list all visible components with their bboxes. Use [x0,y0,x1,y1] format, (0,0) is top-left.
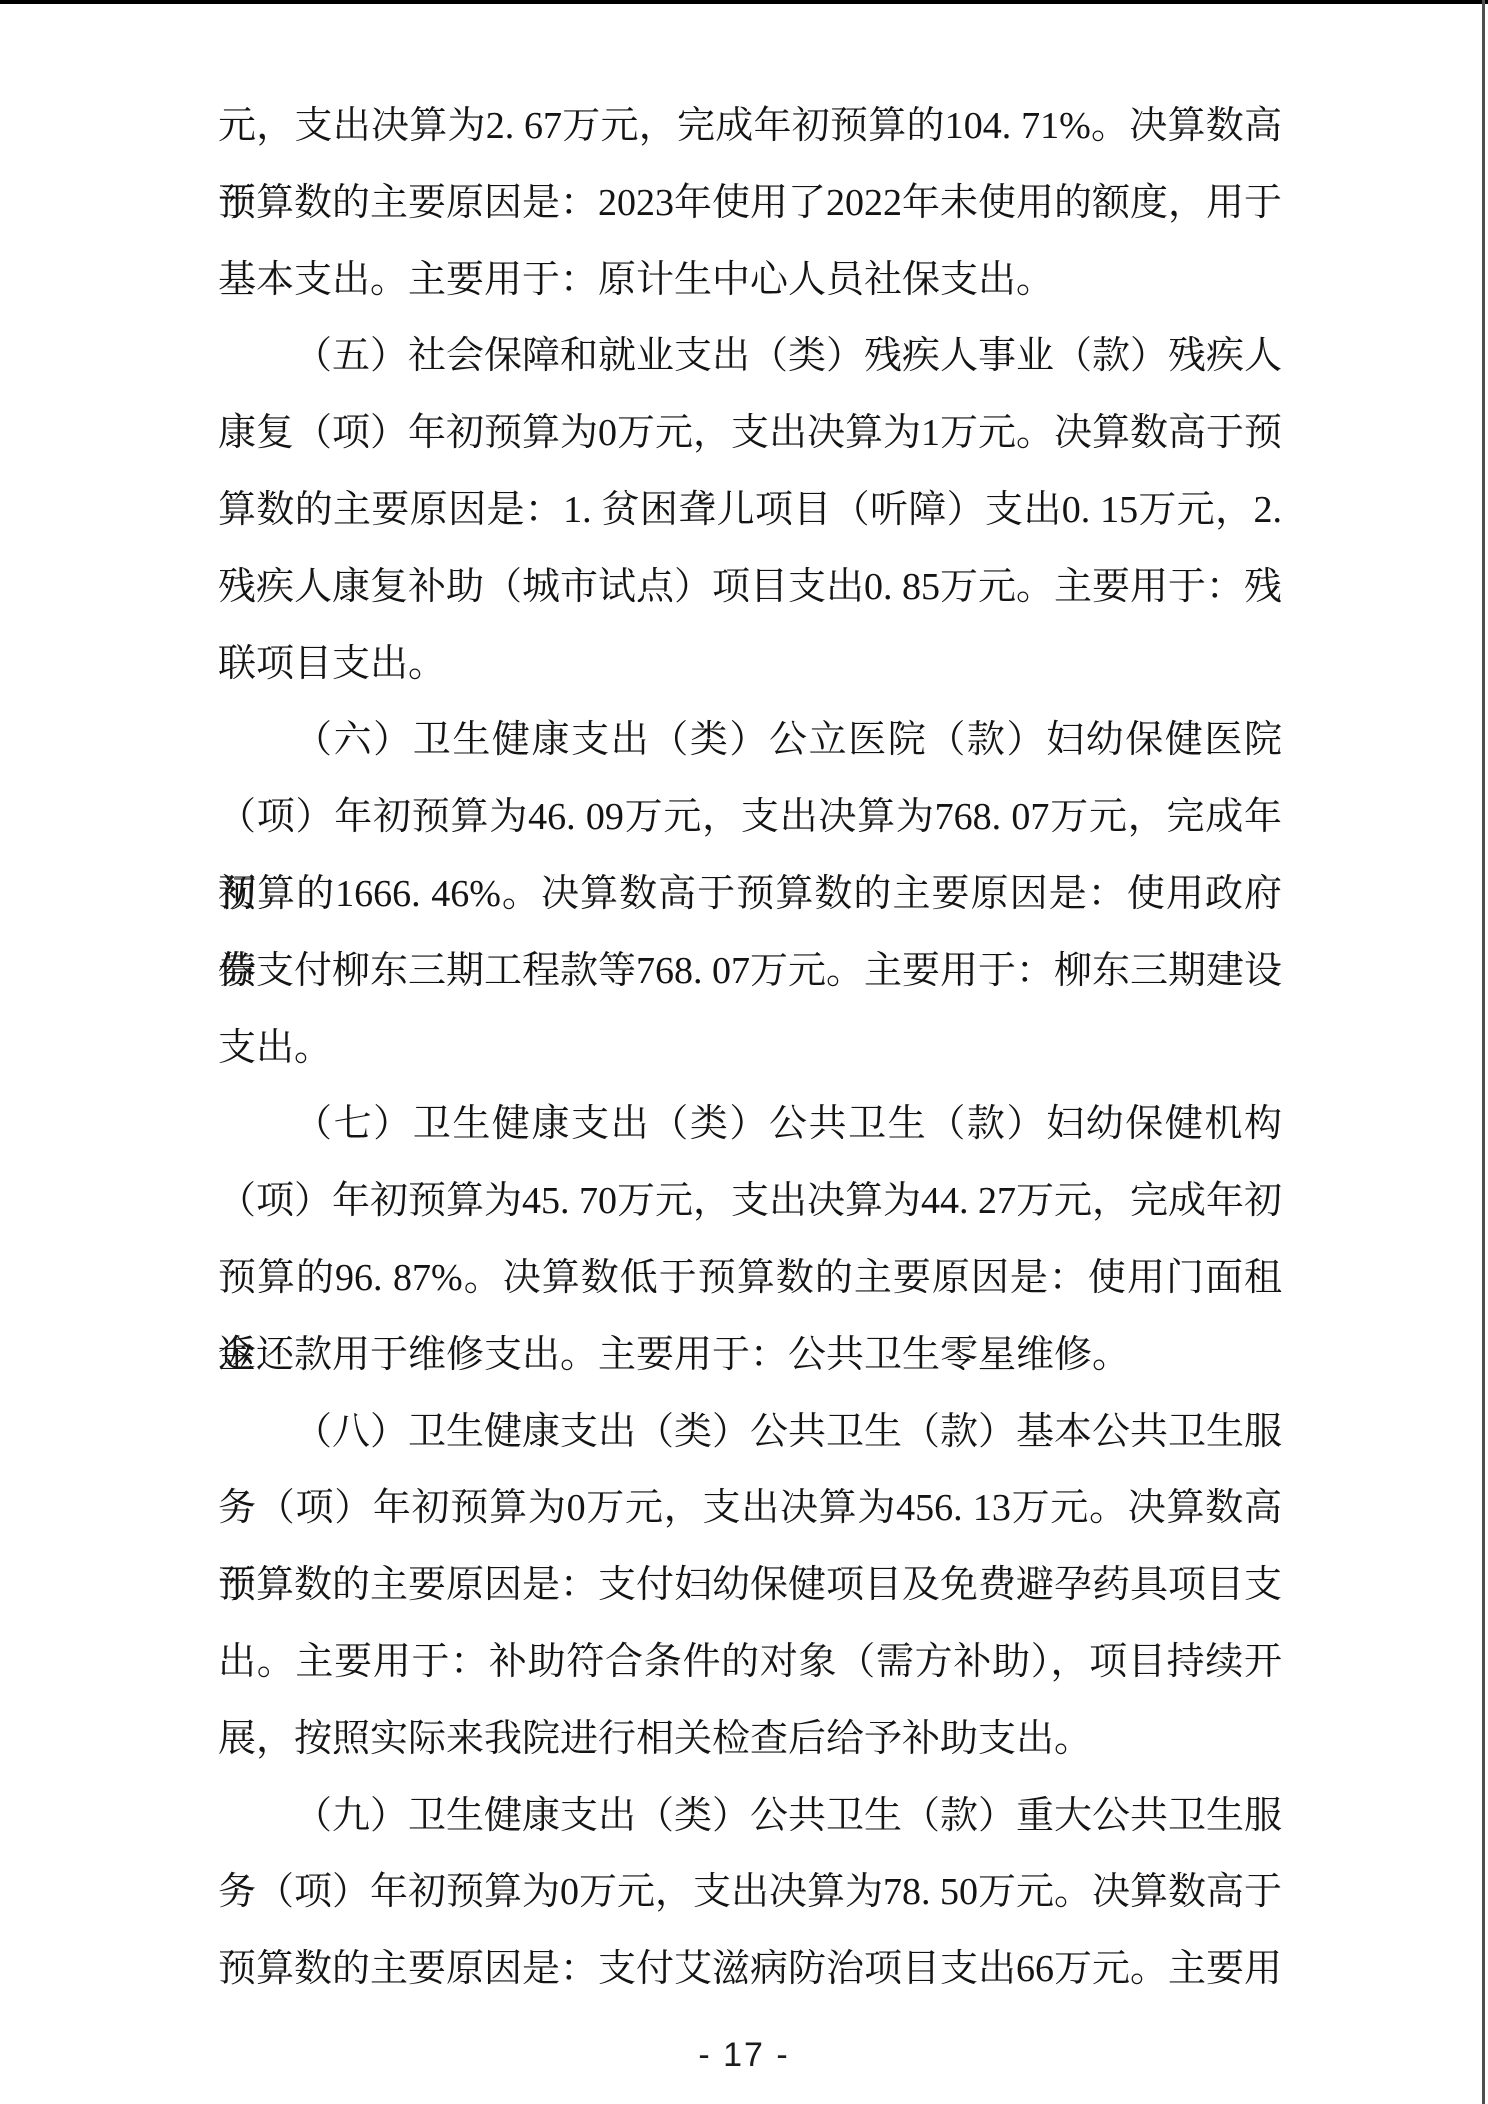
text-line: 预算数的主要原因是：支付妇幼保健项目及免费避孕药具项目支 [218,1547,1282,1624]
text-line: （八）卫生健康支出（类）公共卫生（款）基本公共卫生服 [218,1394,1282,1471]
paragraph: （六）卫生健康支出（类）公立医院（款）妇幼保健医院（项）年初预算为46. 09万… [218,702,1282,1086]
text-line: （五）社会保障和就业支出（类）残疾人事业（款）残疾人 [218,318,1282,395]
text-line: 康复（项）年初预算为0万元，支出决算为1万元。决算数高于预 [218,395,1282,472]
text-line: 预算数的主要原因是：支付艾滋病防治项目支出66万元。主要用 [218,1931,1282,2008]
text-line: （六）卫生健康支出（类）公立医院（款）妇幼保健医院 [218,702,1282,779]
text-line: 残疾人康复补助（城市试点）项目支出0. 85万元。主要用于：残 [218,549,1282,626]
text-line: 券支付柳东三期工程款等768. 07万元。主要用于：柳东三期建设 [218,933,1282,1010]
text-line: 支出。 [218,1010,1282,1087]
text-line: （项）年初预算为45. 70万元，支出决算为44. 27万元，完成年初 [218,1163,1282,1240]
text-line: 元，支出决算为2. 67万元，完成年初预算的104. 71%。决算数高于 [218,88,1282,165]
page-number: - 17 - [0,2036,1488,2075]
right-scan-edge-line [1482,0,1485,2104]
text-line: 返还款用于维修支出。主要用于：公共卫生零星维修。 [218,1317,1282,1394]
text-line: 出。主要用于：补助符合条件的对象（需方补助），项目持续开 [218,1624,1282,1701]
text-line: 预算数的主要原因是：2023年使用了2022年未使用的额度，用于 [218,165,1282,242]
document-body: 元，支出决算为2. 67万元，完成年初预算的104. 71%。决算数高于预算数的… [218,88,1282,2008]
text-line: 务（项）年初预算为0万元，支出决算为456. 13万元。决算数高于 [218,1470,1282,1547]
text-line: （项）年初预算为46. 09万元，支出决算为768. 07万元，完成年初 [218,779,1282,856]
text-line: （九）卫生健康支出（类）公共卫生（款）重大公共卫生服 [218,1778,1282,1855]
text-line: 预算的96. 87%。决算数低于预算数的主要原因是：使用门面租金 [218,1240,1282,1317]
text-line: 联项目支出。 [218,626,1282,703]
document-page: 元，支出决算为2. 67万元，完成年初预算的104. 71%。决算数高于预算数的… [0,0,1488,2104]
paragraph: （九）卫生健康支出（类）公共卫生（款）重大公共卫生服务（项）年初预算为0万元，支… [218,1778,1282,2008]
paragraph: （七）卫生健康支出（类）公共卫生（款）妇幼保健机构（项）年初预算为45. 70万… [218,1086,1282,1393]
text-line: 基本支出。主要用于：原计生中心人员社保支出。 [218,242,1282,319]
top-scan-bar [0,0,1488,4]
text-line: 预算的1666. 46%。决算数高于预算数的主要原因是：使用政府债 [218,856,1282,933]
paragraph: （八）卫生健康支出（类）公共卫生（款）基本公共卫生服务（项）年初预算为0万元，支… [218,1394,1282,1778]
paragraph: 元，支出决算为2. 67万元，完成年初预算的104. 71%。决算数高于预算数的… [218,88,1282,318]
text-line: （七）卫生健康支出（类）公共卫生（款）妇幼保健机构 [218,1086,1282,1163]
text-line: 展，按照实际来我院进行相关检查后给予补助支出。 [218,1701,1282,1778]
paragraph: （五）社会保障和就业支出（类）残疾人事业（款）残疾人康复（项）年初预算为0万元，… [218,318,1282,702]
text-line: 算数的主要原因是：1. 贫困聋儿项目（听障）支出0. 15万元，2. [218,472,1282,549]
text-line: 务（项）年初预算为0万元，支出决算为78. 50万元。决算数高于 [218,1854,1282,1931]
